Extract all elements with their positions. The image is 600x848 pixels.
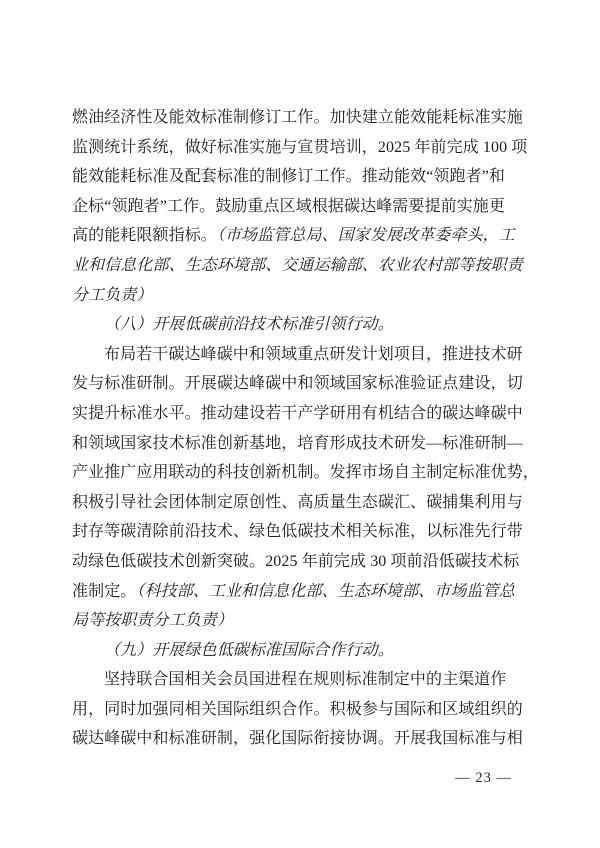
body-text-segment: 实提升标准水平。推动建设若干产学研用有机结合的碳达峰碳中 [72, 405, 523, 422]
text-line: 高的能耗限额指标。（市场监管总局、国家发展改革委牵头，工 [72, 221, 524, 251]
text-line: 监测统计系统，做好标准实施与宣贯培训，2025 年前完成 100 项 [72, 133, 524, 163]
text-line: 准制定。（科技部、工业和信息化部、生态环境部、市场监管总 [72, 577, 524, 607]
body-text-segment: 发与标准研制。开展碳达峰碳中和领域国家标准验证点建设，切 [72, 375, 523, 392]
kai-text-segment: 业和信息化部、生态环境部、交通运输部、农业农村部等按职责 [72, 257, 523, 274]
text-line: 能效能耗标准及配套标准的制修订工作。推动能效“领跑者”和 [72, 162, 524, 192]
text-line: 和领域国家技术标准创新基地，培育形成技术研发—标准研制— [72, 429, 524, 459]
text-line: 燃油经济性及能效标准制修订工作。加快建立能效能耗标准实施 [72, 103, 524, 133]
kai-text-segment: 局等按职责分工负责） [72, 612, 233, 629]
body-text-segment: 高的能耗限额指标。 [72, 227, 217, 244]
body-text-segment: 用，同时加强同相关国际组织合作。积极参与国际和区域组织的 [72, 701, 523, 718]
body-text-segment: 企标“领跑者”工作。鼓励重点区域根据碳达峰需要提前实施更 [72, 198, 505, 215]
kai-text-segment: （科技部、工业和信息化部、生态环境部、市场监管总 [136, 583, 514, 600]
body-text-segment: 封存等碳清除前沿技术、绿色低碳技术相关标准，以标准先行带 [72, 523, 523, 540]
body-text-segment: 碳达峰碳中和标准研制，强化国际衔接协调。开展我国标准与相 [72, 730, 523, 747]
text-line: 坚持联合国相关会员国进程在规则标准制定中的主渠道作 [72, 665, 524, 695]
text-line: 积极引导社会团体制定原创性、高质量生态碳汇、碳捕集利用与 [72, 488, 524, 518]
text-line: 实提升标准水平。推动建设若干产学研用有机结合的碳达峰碳中 [72, 399, 524, 429]
body-text-segment: 和领域国家技术标准创新基地，培育形成技术研发—标准研制— [72, 435, 523, 452]
body-text-segment: 坚持联合国相关会员国进程在规则标准制定中的主渠道作 [104, 671, 507, 688]
document-page: 燃油经济性及能效标准制修订工作。加快建立能效能耗标准实施监测统计系统，做好标准实… [0, 0, 600, 848]
kai-text-segment: 分工负责） [72, 287, 153, 304]
body-text-segment: 积极引导社会团体制定原创性、高质量生态碳汇、碳捕集利用与 [72, 494, 523, 511]
kai-text-segment: （八）开展低碳前沿技术标准引领行动。 [104, 316, 394, 333]
text-line: 用，同时加强同相关国际组织合作。积极参与国际和区域组织的 [72, 695, 524, 725]
text-line: 封存等碳清除前沿技术、绿色低碳技术相关标准，以标准先行带 [72, 517, 524, 547]
text-line: 布局若干碳达峰碳中和领域重点研发计划项目，推进技术研 [72, 340, 524, 370]
kai-text-segment: （市场监管总局、国家发展改革委牵头，工 [217, 227, 515, 244]
text-line: 产业推广应用联动的科技创新机制。发挥市场自主制定标准优势， [72, 458, 524, 488]
text-line: 分工负责） [72, 281, 524, 311]
text-line: 局等按职责分工负责） [72, 606, 524, 636]
text-line: 业和信息化部、生态环境部、交通运输部、农业农村部等按职责 [72, 251, 524, 281]
text-line: 碳达峰碳中和标准研制，强化国际衔接协调。开展我国标准与相 [72, 724, 524, 754]
body-text-segment: 能效能耗标准及配套标准的制修订工作。推动能效“领跑者”和 [72, 168, 505, 185]
text-line: 动绿色低碳技术创新突破。2025 年前完成 30 项前沿低碳技术标 [72, 547, 524, 577]
kai-text-segment: （九）开展绿色低碳标准国际合作行动。 [104, 642, 394, 659]
body-text-segment: 监测统计系统，做好标准实施与宣贯培训，2025 年前完成 100 项 [72, 139, 527, 156]
page-number: — 23 — [455, 768, 512, 788]
body-text-segment: 动绿色低碳技术创新突破。2025 年前完成 30 项前沿低碳技术标 [72, 553, 519, 570]
text-line: （九）开展绿色低碳标准国际合作行动。 [72, 636, 524, 666]
text-line: 发与标准研制。开展碳达峰碳中和领域国家标准验证点建设，切 [72, 369, 524, 399]
body-text-segment: 准制定。 [72, 583, 136, 600]
text-block: 燃油经济性及能效标准制修订工作。加快建立能效能耗标准实施监测统计系统，做好标准实… [72, 103, 524, 754]
text-line: 企标“领跑者”工作。鼓励重点区域根据碳达峰需要提前实施更 [72, 192, 524, 222]
body-text-segment: 产业推广应用联动的科技创新机制。发挥市场自主制定标准优势， [72, 464, 539, 481]
body-text-segment: 燃油经济性及能效标准制修订工作。加快建立能效能耗标准实施 [72, 109, 523, 126]
text-line: （八）开展低碳前沿技术标准引领行动。 [72, 310, 524, 340]
body-text-segment: 布局若干碳达峰碳中和领域重点研发计划项目，推进技术研 [104, 346, 523, 363]
